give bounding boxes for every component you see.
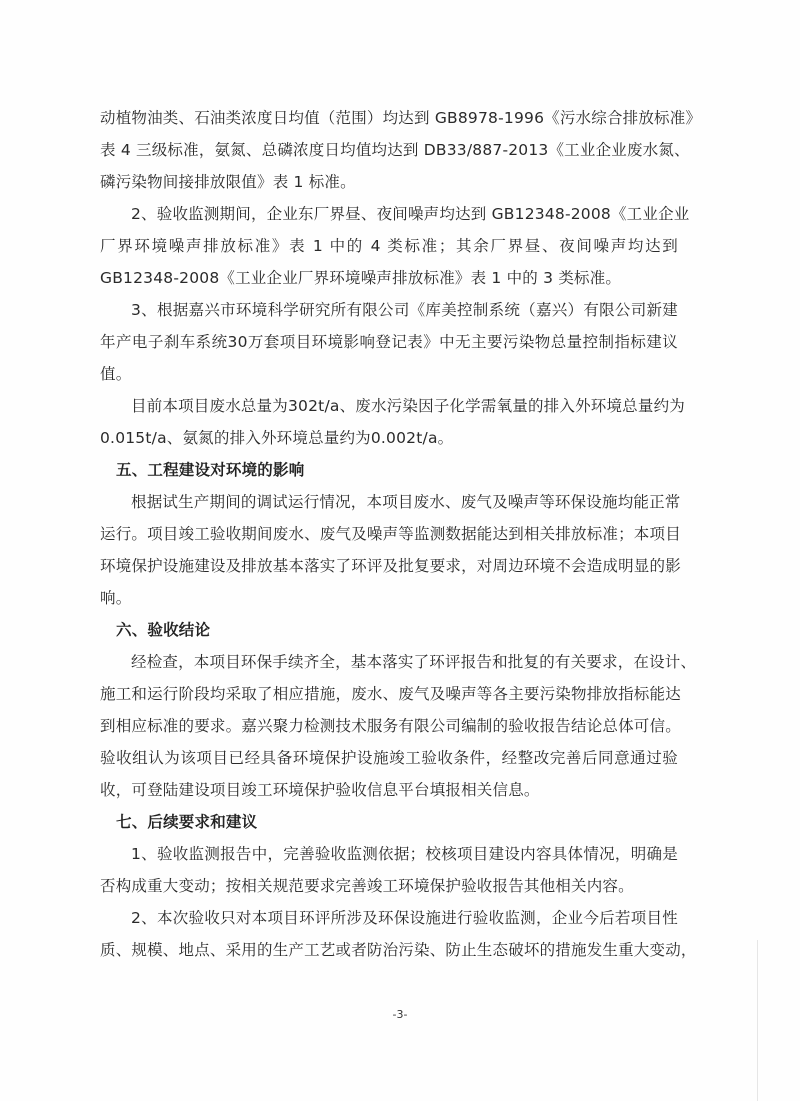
- paragraph-line: 验收组认为该项目已经具备环境保护设施竣工验收条件，经整改完善后同意通过验: [100, 742, 678, 774]
- section-heading-7: 七、后续要求和建议: [100, 806, 678, 838]
- paragraph-line: 值。: [100, 358, 678, 390]
- document-page: 动植物油类、石油类浓度日均值（范围）均达到 GB8978-1996《污水综合排放…: [0, 0, 800, 1101]
- paragraph-line: 2、验收监测期间，企业东厂界昼、夜间噪声均达到 GB12348-2008《工业企…: [100, 198, 678, 230]
- paragraph-line: 1、验收监测报告中，完善验收监测依据；校核项目建设内容具体情况，明确是: [100, 838, 678, 870]
- page-number: -3-: [0, 1008, 800, 1021]
- paragraph-line: 根据试生产期间的调试运行情况，本项目废水、废气及噪声等环保设施均能正常: [100, 486, 678, 518]
- paragraph-line: 到相应标准的要求。嘉兴聚力检测技术服务有限公司编制的验收报告结论总体可信。: [100, 710, 678, 742]
- paragraph-line: 响。: [100, 582, 678, 614]
- section-heading-5: 五、工程建设对环境的影响: [100, 454, 678, 486]
- paragraph-line: 0.015t/a、氨氮的排入外环境总量约为0.002t/a。: [100, 422, 678, 454]
- paragraph-line: 经检查，本项目环保手续齐全，基本落实了环评报告和批复的有关要求，在设计、: [100, 646, 678, 678]
- section-heading-6: 六、验收结论: [100, 614, 678, 646]
- paragraph-line: 3、根据嘉兴市环境科学研究所有限公司《库美控制系统（嘉兴）有限公司新建: [100, 294, 678, 326]
- paragraph-line: 2、本次验收只对本项目环评所涉及环保设施进行验收监测，企业今后若项目性: [100, 902, 678, 934]
- paragraph-line: 磷污染物间接排放限值》表 1 标准。: [100, 166, 678, 198]
- paragraph-line: GB12348-2008《工业企业厂界环境噪声排放标准》表 1 中的 3 类标准…: [100, 262, 678, 294]
- paragraph-line: 运行。项目竣工验收期间废水、废气及噪声等监测数据能达到相关排放标准；本项目: [100, 518, 678, 550]
- paragraph-line: 施工和运行阶段均采取了相应措施，废水、废气及噪声等各主要污染物排放指标能达: [100, 678, 678, 710]
- paragraph-line: 动植物油类、石油类浓度日均值（范围）均达到 GB8978-1996《污水综合排放…: [100, 102, 678, 134]
- paragraph-line: 表 4 三级标准，氨氮、总磷浓度日均值均达到 DB33/887-2013《工业企…: [100, 134, 678, 166]
- paragraph-line: 质、规模、地点、采用的生产工艺或者防治污染、防止生态破坏的措施发生重大变动，: [100, 934, 678, 966]
- paragraph-line: 否构成重大变动；按相关规范要求完善竣工环境保护验收报告其他相关内容。: [100, 870, 678, 902]
- paragraph-line: 环境保护设施建设及排放基本落实了环评及批复要求，对周边环境不会造成明显的影: [100, 550, 678, 582]
- paragraph-line: 厂界环境噪声排放标准》表 1 中的 4 类标准；其余厂界昼、夜间噪声均达到: [100, 230, 678, 262]
- paragraph-line: 收，可登陆建设项目竣工环境保护验收信息平台填报相关信息。: [100, 774, 678, 806]
- paragraph-line: 目前本项目废水总量为302t/a、废水污染因子化学需氧量的排入外环境总量约为: [100, 390, 678, 422]
- document-body: 动植物油类、石油类浓度日均值（范围）均达到 GB8978-1996《污水综合排放…: [100, 102, 678, 966]
- paragraph-line: 年产电子刹车系统30万套项目环境影响登记表》中无主要污染物总量控制指标建议: [100, 326, 678, 358]
